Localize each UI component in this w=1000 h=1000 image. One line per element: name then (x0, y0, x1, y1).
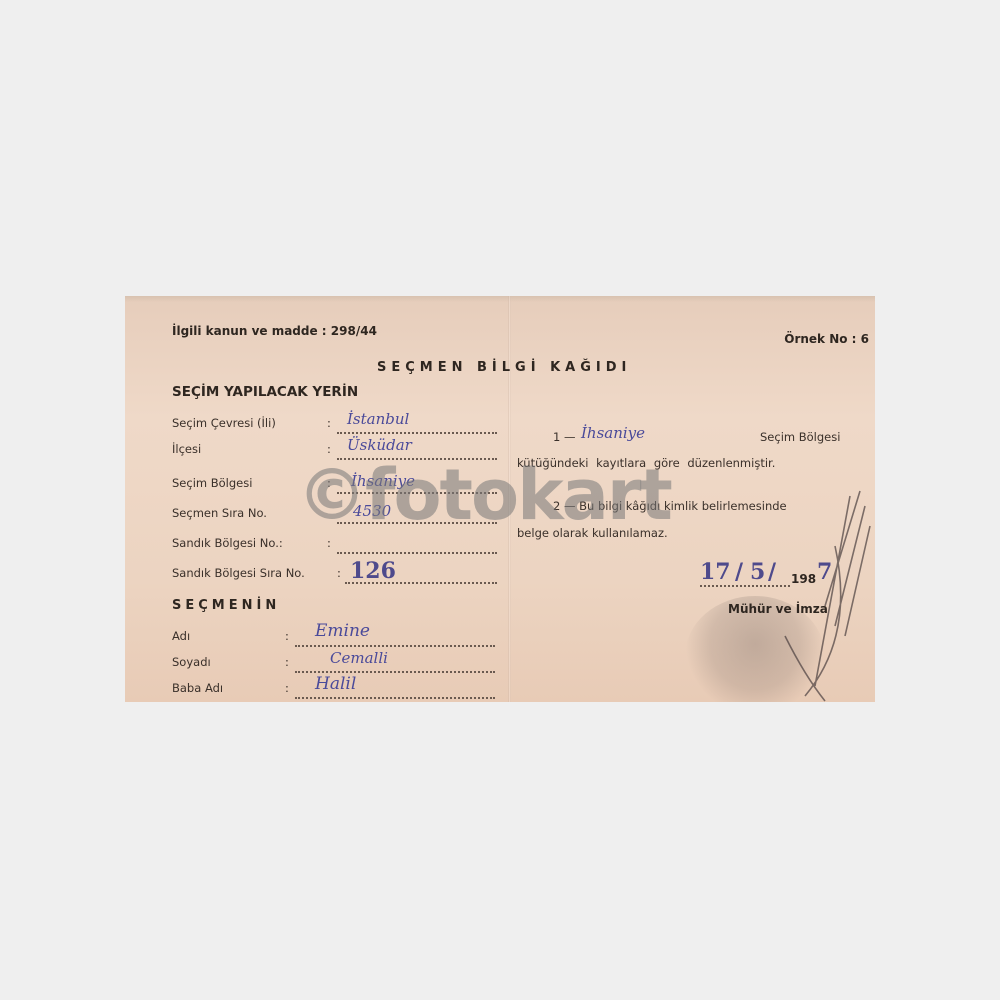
field-value-district: Üsküdar (347, 436, 412, 454)
field-label: Adı (172, 629, 190, 643)
field-label: Baba Adı (172, 681, 223, 695)
section-heading-location: SEÇİM YAPILACAK YERİN (172, 384, 358, 400)
field-value-province: İstanbul (347, 410, 409, 428)
note-1-handwritten-region: İhsaniye (581, 424, 645, 442)
field-label: Soyadı (172, 655, 211, 669)
field-value-father-name: Halil (315, 674, 356, 694)
voter-info-card: İlgili kanun ve madde : 298/44 Örnek No … (125, 296, 875, 702)
fold-line (508, 296, 511, 702)
note-1-suffix: Seçim Bölgesi (760, 430, 840, 444)
field-value-voter-sequence: 4530 (353, 502, 391, 520)
note-1-line-2: kütüğündeki kayıtlara göre düzenlenmişti… (517, 456, 775, 470)
field-label: Seçmen Sıra No. (172, 506, 267, 520)
signature-scribble (765, 486, 875, 702)
field-label: Seçim Bölgesi (172, 476, 252, 490)
field-value-surname: Cemalli (330, 649, 388, 667)
document-title: SEÇMEN BİLGİ KAĞIDI (377, 360, 631, 375)
field-label: İlçesi (172, 442, 201, 456)
note-2-line-2: belge olarak kullanılamaz. (517, 526, 668, 540)
law-reference: İlgili kanun ve madde : 298/44 (172, 324, 377, 338)
date-month: 5 (750, 559, 765, 585)
field-label: Sandık Bölgesi Sıra No. (172, 566, 305, 580)
field-value-election-region: İhsaniye (351, 472, 415, 490)
seal-signature-label: Mühür ve İmza (728, 602, 828, 616)
note-2-line-1: 2 — Bu bilgi kâğıdı kimlik belirlemesind… (553, 499, 787, 513)
date-day: 17 (700, 559, 731, 585)
field-value-ballot-sequence: 126 (350, 558, 396, 584)
form-number: Örnek No : 6 (784, 332, 869, 346)
note-1-prefix: 1 — (553, 430, 575, 444)
field-label: Sandık Bölgesi No.: (172, 536, 283, 550)
field-value-first-name: Emine (315, 621, 370, 641)
section-heading-voter: SEÇMENİN (172, 598, 280, 613)
field-label: Seçim Çevresi (İli) (172, 416, 276, 430)
